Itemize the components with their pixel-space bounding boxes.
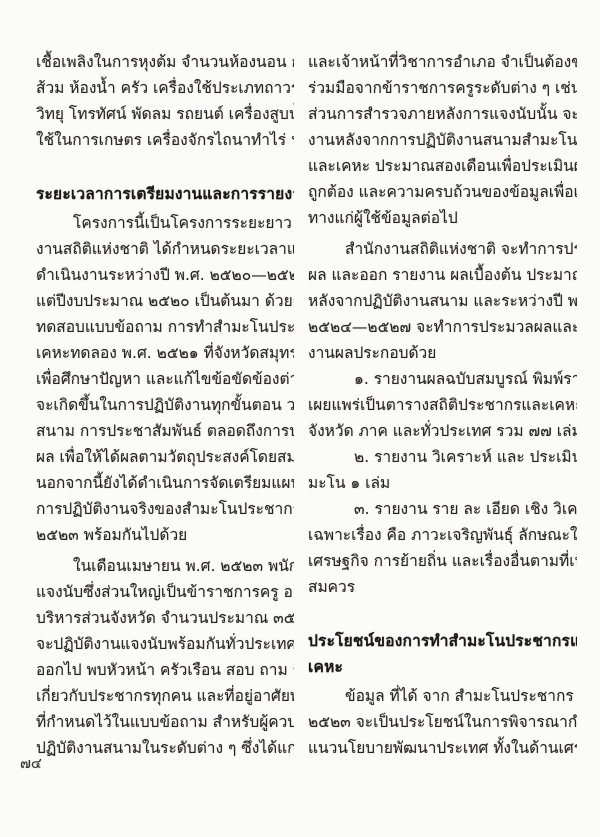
text-line: หลังจากปฏิบัติงานสนาม และระหว่างปี พ.ศ.	[308, 288, 577, 314]
paragraph: ในเดือนเมษายน พ.ศ. ๒๕๒๓ พนักงานแจงนับซึ่…	[36, 553, 294, 761]
text-line: เศรษฐกิจ การย้ายถิ่น และเรื่องอื่นตามที่…	[308, 548, 577, 574]
left-text-column: เชื้อเพลิงในการหุงต้ม จำนวนห้องนอน การใช…	[36, 49, 294, 761]
text-line: ดำเนินงานระหว่างปี พ.ศ. ๒๕๒๐—๒๕๒๒ เริ่มต…	[36, 262, 294, 288]
scanned-document-page: เชื้อเพลิงในการหุงต้ม จำนวนห้องนอน การใช…	[0, 0, 600, 837]
text-line: ถูกต้อง และความครบถ้วนของข้อมูลเพื่อเป็น…	[308, 179, 577, 205]
text-line: ๒๕๒๓ จะเป็นประโยชน์ในการพิจารณากำหนด	[308, 709, 577, 735]
text-line: เชื้อเพลิงในการหุงต้ม จำนวนห้องนอน การใช…	[36, 49, 294, 75]
text-line: ร่วมมือจากข้าราชการครูระดับต่าง ๆ เช่นเด…	[308, 75, 577, 101]
text-line: ออกไป พบหัวหน้า ครัวเรือน สอบ ถาม รายละเ…	[36, 657, 294, 683]
text-line: แนวนโยบายพัฒนาประเทศ ทั้งในด้านเศรษฐกิจ	[308, 735, 577, 761]
paragraph: ข้อมูล ที่ได้ จาก สำมะโนประชากร และ เคหะ…	[308, 683, 577, 761]
section-heading: ระยะเวลาการเตรียมงานและการรายงานผล	[36, 181, 294, 207]
text-line: ใช้ในการเกษตร เครื่องจักรไถนาทำไร่ ฯลฯ	[36, 127, 294, 153]
numbered-list-item: ๑. รายงานผลฉบับสมบูรณ์ พิมพ์รายงานเผยแพร…	[308, 366, 577, 444]
text-line: และเจ้าหน้าที่วิชาการอำเภอ จำเป็นต้องขอค…	[308, 49, 577, 75]
paragraph: โครงการนี้เป็นโครงการระยะยาว สำนัก-งานสถ…	[36, 210, 294, 548]
paragraph: และเจ้าหน้าที่วิชาการอำเภอ จำเป็นต้องขอค…	[308, 49, 577, 231]
text-line: สำนักงานสถิติแห่งชาติ จะทำการประมวล	[308, 236, 577, 262]
text-line: ๒๕๒๓ พร้อมกันไปด้วย	[36, 522, 294, 548]
text-line: และเคหะ ประมาณสองเดือนเพื่อประเมินผลความ	[308, 153, 577, 179]
text-line: ๑. รายงานผลฉบับสมบูรณ์ พิมพ์รายงาน	[308, 366, 577, 392]
text-line: จังหวัด ภาค และทั่วประเทศ รวม ๗๗ เล่ม	[308, 418, 577, 444]
text-line: ผล เพื่อให้ได้ผลตามวัตถุประสงค์โดยสมบูรณ…	[36, 444, 294, 470]
text-line: เพื่อศึกษาปัญหา และแก้ไขข้อขัดข้องต่าง ๆ…	[36, 366, 294, 392]
text-line: ในเดือนเมษายน พ.ศ. ๒๕๒๓ พนักงาน	[36, 553, 294, 579]
paragraph: สำนักงานสถิติแห่งชาติ จะทำการประมวลผล แล…	[308, 236, 577, 366]
text-line: สมควร	[308, 574, 577, 600]
text-line: เคหะทดลอง พ.ศ. ๒๕๒๑ ที่จังหวัดสมุทรปรากา…	[36, 340, 294, 366]
text-line: จะเกิดขึ้นในการปฏิบัติงานทุกขั้นตอน วางแ…	[36, 392, 294, 418]
text-line: สนาม การประชาสัมพันธ์ ตลอดถึงการประมวล	[36, 418, 294, 444]
text-line: งานผลประกอบด้วย	[308, 340, 577, 366]
text-line: ส้วม ห้องน้ำ ครัว เครื่องใช้ประเภทถาวรต่…	[36, 75, 294, 101]
numbered-list-item: ๒. รายงาน วิเคราะห์ และ ประเมินผล สำ-มะโ…	[308, 444, 577, 496]
text-line: ๒๕๒๔—๒๕๒๗ จะทำการประมวลผลและออกราย	[308, 314, 577, 340]
text-line: มะโน ๑ เล่ม	[308, 470, 577, 496]
text-line: โครงการนี้เป็นโครงการระยะยาว สำนัก-	[36, 210, 294, 236]
text-line: ที่กำหนดไว้ในแบบข้อถาม สำหรับผู้ควบคุมกา…	[36, 709, 294, 735]
text-line: ผล และออก รายงาน ผลเบื้องต้น ประมาณ ๖ เด…	[308, 262, 577, 288]
text-line: ประโยชน์ของการทำสำมะโนประชากรและ	[308, 628, 577, 654]
text-line: ปฏิบัติงานสนามในระดับต่าง ๆ ซึ่งได้แก่หน…	[36, 735, 294, 761]
text-line: งานหลังจากการปฏิบัติงานสนามสำมะโนประชากร	[308, 127, 577, 153]
text-line: แต่ปีงบประมาณ ๒๕๒๐ เป็นต้นมา ด้วยการเตรี…	[36, 288, 294, 314]
text-line: ส่วนการสำรวจภายหลังการแจงนับนั้น จะปฏิบั…	[308, 101, 577, 127]
page-number: ๗๔	[20, 752, 42, 775]
text-line: ทดสอบแบบข้อถาม การทำสำมะโนประชากรและ	[36, 314, 294, 340]
text-line: เฉพาะเรื่อง คือ ภาวะเจริญพันธุ์ ลักษณะใน…	[308, 522, 577, 548]
text-line: ข้อมูล ที่ได้ จาก สำมะโนประชากร และ เคหะ	[308, 683, 577, 709]
text-line: งานสถิติแห่งชาติ ได้กำหนดระยะเวลาและขั้น…	[36, 236, 294, 262]
section-heading: ประโยชน์ของการทำสำมะโนประชากรและเคหะ	[308, 628, 577, 680]
numbered-list-item: ๓. รายงาน ราย ละ เอียด เชิง วิเคราะห์เฉพ…	[308, 496, 577, 600]
text-line: จะปฏิบัติงานแจงนับพร้อมกันทั่วประเทศ โดย…	[36, 631, 294, 657]
text-line: วิทยุ โทรทัศน์ พัดลม รถยนต์ เครื่องสูบน้…	[36, 101, 294, 127]
text-line: เกี่ยวกับประชากรทุกคน และที่อยู่อาศัยทุก…	[36, 683, 294, 709]
text-line: ระยะเวลาการเตรียมงานและการรายงานผล	[36, 181, 294, 207]
text-line: การปฏิบัติงานจริงของสำมะโนประชากรและเคหะ	[36, 496, 294, 522]
text-line: บริหารส่วนจังหวัด จำนวนประมาณ ๓๕,๐๐๐ คน	[36, 605, 294, 631]
text-line: ๓. รายงาน ราย ละ เอียด เชิง วิเคราะห์	[308, 496, 577, 522]
right-text-column: และเจ้าหน้าที่วิชาการอำเภอ จำเป็นต้องขอค…	[308, 49, 577, 761]
text-line: เคหะ	[308, 654, 577, 680]
text-line: ๒. รายงาน วิเคราะห์ และ ประเมินผล สำ-	[308, 444, 577, 470]
text-line: แจงนับซึ่งส่วนใหญ่เป็นข้าราชการครู องค์ก…	[36, 579, 294, 605]
text-line: ทางแก่ผู้ใช้ข้อมูลต่อไป	[308, 205, 577, 231]
text-line: เผยแพร่เป็นตารางสถิติประชากรและเคหะ ราย	[308, 392, 577, 418]
paragraph: เชื้อเพลิงในการหุงต้ม จำนวนห้องนอน การใช…	[36, 49, 294, 153]
text-line: นอกจากนี้ยังได้ดำเนินการจัดเตรียมแผนงานส…	[36, 470, 294, 496]
